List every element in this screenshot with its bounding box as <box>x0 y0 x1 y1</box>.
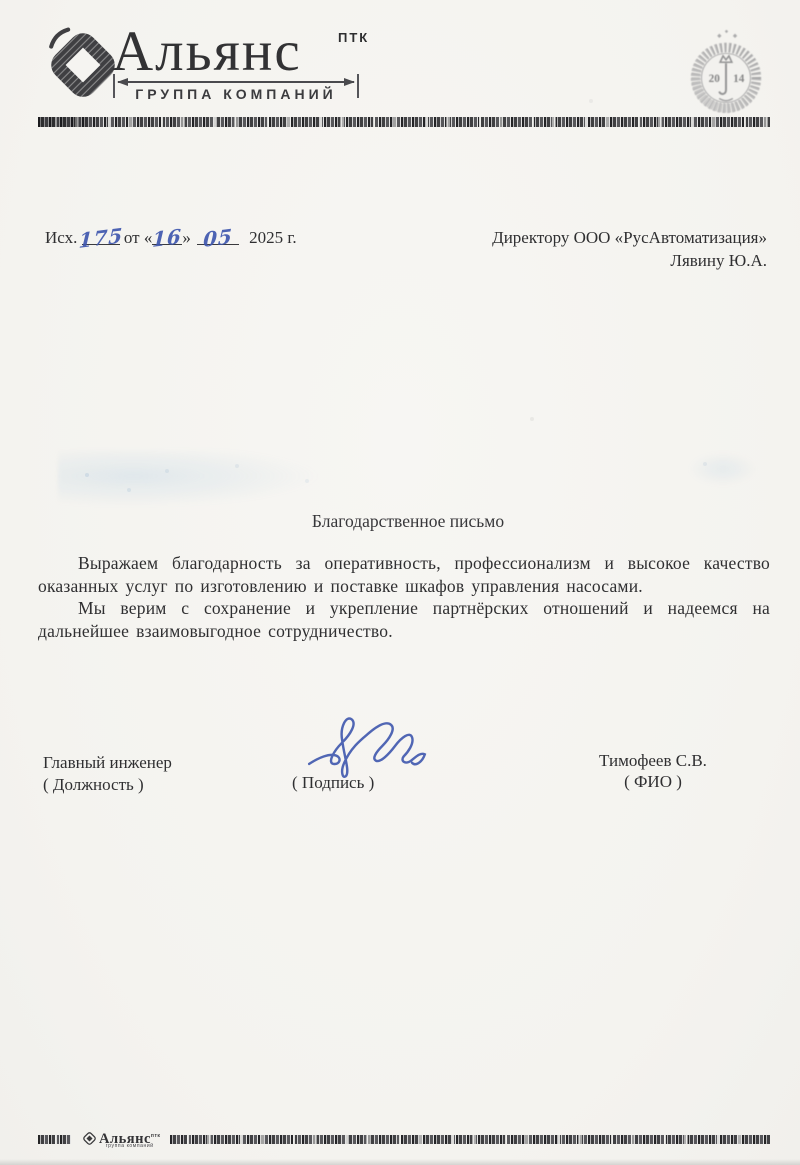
ref-day-blank: 16 <box>152 227 182 245</box>
paragraph-1: Выражаем благодарность за оперативность,… <box>38 552 770 597</box>
recipient-line2: Лявину Ю.А. <box>492 249 767 272</box>
dimension-arrow-line <box>118 81 354 83</box>
seal-stamp-icon: 20 14 <box>681 28 771 118</box>
ref-month-blank: 05 <box>197 227 239 245</box>
footer-company-tagline: группа компаний <box>99 1144 160 1148</box>
ref-day-handwritten: 16 <box>152 224 183 252</box>
signer-name: Тимофеев С.В. <box>572 750 734 771</box>
position-caption: ( Должность ) <box>43 774 172 796</box>
signer-name-block: Тимофеев С.В. ( ФИО ) <box>572 750 734 792</box>
close-quote: » <box>182 228 191 247</box>
company-suffix-ptk: ПТК <box>338 30 369 45</box>
signer-position-block: Главный инженер ( Должность ) <box>43 752 172 796</box>
ref-prefix: Исх. <box>45 228 77 247</box>
footer-rule-bar-right <box>170 1135 770 1144</box>
footer-logo: Альянсптк группа компаний <box>82 1130 160 1149</box>
signature-caption: ( Подпись ) <box>292 773 374 793</box>
ink-bleed-stain <box>58 450 328 508</box>
scan-noise-specks <box>0 0 2 2</box>
header-rule-bar <box>38 117 770 127</box>
outgoing-ref-line: Исх. 175 от «16»05 2025 г. <box>45 227 297 248</box>
company-name: Альянс <box>112 22 302 82</box>
signer-position: Главный инженер <box>43 752 172 774</box>
ref-year: 2025 г. <box>249 228 297 247</box>
scan-bottom-edge <box>0 1159 800 1165</box>
seal-year-right: 14 <box>733 73 745 85</box>
footer-company-suffix: птк <box>151 1133 160 1139</box>
ref-month-handwritten: 05 <box>202 224 233 252</box>
letter-title: Благодарственное письмо <box>8 511 800 532</box>
ink-bleed-stain-small <box>688 452 758 486</box>
ref-from-word: от <box>124 228 140 247</box>
ref-number-blank: 175 <box>82 227 120 245</box>
recipient-block: Директору ООО «РусАвтоматизация» Лявину … <box>492 226 767 272</box>
name-caption: ( ФИО ) <box>572 771 734 792</box>
alliance-logo-icon <box>44 24 122 104</box>
seal-year-left: 20 <box>709 73 721 85</box>
footer-rule-bar-left <box>38 1135 71 1144</box>
paragraph-2: Мы верим с сохранение и укрепление партн… <box>38 597 770 642</box>
letter-body: Выражаем благодарность за оперативность,… <box>38 552 770 642</box>
company-tagline: ГРУППА КОМПАНИЙ <box>114 86 358 102</box>
footer-logo-icon <box>82 1131 97 1146</box>
recipient-line1: Директору ООО «РусАвтоматизация» <box>492 226 767 249</box>
scanned-letter-page: Альянс ПТК ГРУППА КОМПАНИЙ 20 14 Исх. 17… <box>0 0 800 1165</box>
footer: Альянсптк группа компаний <box>38 1129 770 1149</box>
signature-scribble <box>306 714 428 782</box>
